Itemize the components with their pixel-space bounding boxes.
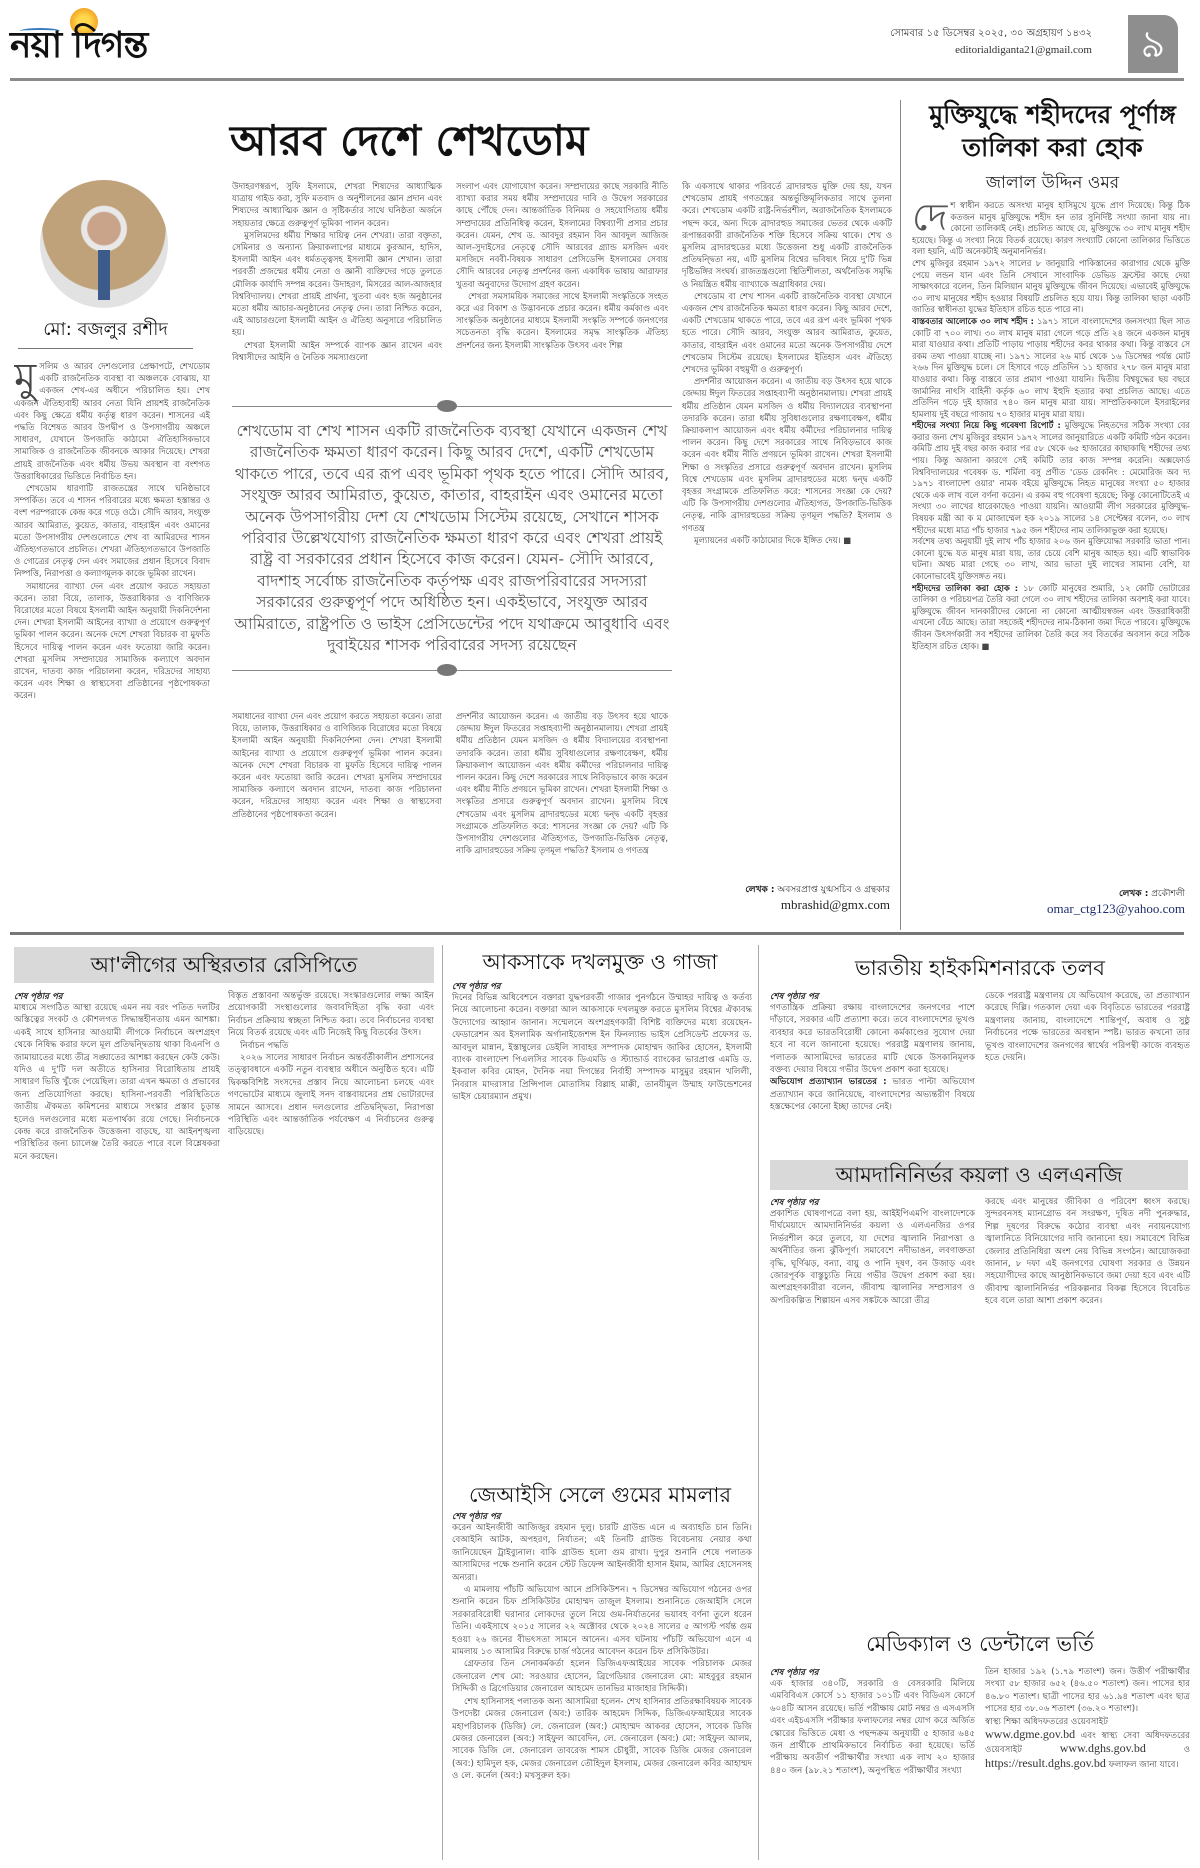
author-tie-icon <box>98 250 110 300</box>
column-separator <box>758 945 759 1860</box>
result-link[interactable]: https://result.dghs.gov.bd <box>985 1756 1106 1770</box>
lead-article-credit: লেখক : অবসরপ্রাপ্ত যুগ্মসচিব ও গ্রন্থকার… <box>560 882 890 913</box>
lead-column-4: কি একসাথে থাকার পরিবর্তে ব্রাদারহুড মুক্… <box>682 180 892 870</box>
end-mark-icon: ■ <box>982 641 990 651</box>
side-para-3: সর্বশেষ তথ্য অনুযায়ী দুই লাখ পাঁচ হাজার… <box>912 536 1190 582</box>
column-divider <box>900 100 901 930</box>
news-india-subhead: অভিযোগ প্রত্যাখ্যান ভারতের : <box>770 1077 887 1087</box>
news-headline-medical-admission[interactable]: মেডিক্যাল ও ডেন্টালে ভর্তি <box>770 1628 1190 1660</box>
lead-col4-top: কি একসাথে থাকার পরিবর্তে ব্রাদারহুড মুক্… <box>682 181 892 289</box>
lead-column-2: উদাহরণস্বরূপ, সুফি ইসলামে, শেখরা শিষ্যদে… <box>232 180 442 395</box>
pull-quote: শেখডোম বা শেখ শাসন একটি রাজনৈতিক ব্যবস্থ… <box>232 400 672 677</box>
pull-quote-bottom-rule <box>232 670 672 671</box>
lead-intro: সলিম ও আরব দেশগুলোর প্রেক্ষাপটে, শেখডোম … <box>14 361 210 481</box>
news-aqsa-body: দিনের বিভিন্ন অধিবেশনে বক্তারা যুদ্ধপরবর… <box>452 992 752 1470</box>
credit-label: লেখক : <box>1119 889 1148 899</box>
news-headline-coal-lng[interactable]: আমদানিনির্ভর কয়লা ও এলএনজি <box>770 1160 1188 1190</box>
dropcap: মু <box>14 360 36 396</box>
dgme-link[interactable]: www.dgme.gov.bd <box>985 1727 1075 1741</box>
news-awami-col2: বিস্তৃত প্রস্তাবনা অন্তর্ভুক্ত রয়েছে। স… <box>228 990 434 1862</box>
subhead-2: শহীদের সংখ্যা নিয়ে কিছু গবেষণা রিপোর্ট … <box>912 420 1061 430</box>
side-section-3: শহীদদের তালিকা করা হোক : ১৮ কোটি মানুষের… <box>912 583 1190 653</box>
news-awami-col1: মাধ্যমে সংগঠিত আস্থা রয়েছে এমন নয় বরং … <box>14 1002 220 1862</box>
news-coal-col1: প্রকাশিত ঘোষণাপত্রে বলা হয়, আইইপিএমপি ব… <box>770 1208 975 1613</box>
news-india-col2: ডেকে পররাষ্ট্র মন্ত্রণালয় যে অভিযোগ করে… <box>985 990 1190 1150</box>
lead-col4-para2: শেখডোম বা শেখ শাসন একটি রাজনৈতিক ব্যবস্থ… <box>682 290 892 375</box>
side-intro: শ স্বাধীন করতে অসংখ্য মানুষ হাসিমুখে যুদ… <box>912 200 1190 256</box>
pull-dot-icon <box>437 400 457 412</box>
newspaper-logo[interactable]: নয়া দিগন্ত <box>10 18 147 78</box>
news-headline-jic-cell[interactable]: জেআইসি সেলে গুমের মামলার <box>450 1480 750 1510</box>
lead-col2-para2: মুসলিমদের ধর্মীয় শিক্ষার দায়িত্ব নেন শ… <box>232 229 442 339</box>
dghs-link[interactable]: www.dghs.gov.bd <box>1060 1741 1146 1755</box>
section-divider <box>10 932 1184 935</box>
news-headline-aqsa-gaza[interactable]: আকসাকে দখলমুক্ত ও গাজা <box>450 947 750 977</box>
news-coal-col2: করছে এবং মানুষের জীবিকা ও পরিবেশ ধ্বংস ক… <box>985 1196 1190 1613</box>
news-medical-col2: তিন হাজার ১৯২ (১.৭৯ শতাংশ) জন। উত্তীর্ণ … <box>985 1666 1190 1861</box>
subhead-3: শহীদদের তালিকা করা হোক : <box>912 583 1018 593</box>
side-author-email[interactable]: omar_ctg123@yahoo.com <box>930 901 1185 917</box>
lead-column-1: মু সলিম ও আরব দেশগুলোর প্রেক্ষাপটে, শেখড… <box>14 360 210 925</box>
side-para-2: শেখ মুজিবুর রহমান ১৯৭২ সালের ৮ জানুয়ারি… <box>912 258 1190 316</box>
masthead-meta: সোমবার ১৫ ডিসেম্বর ২০২৫, ৩০ অগ্রহায়ণ ১৪… <box>890 26 1092 58</box>
end-mark-icon: ■ <box>843 535 851 545</box>
lead-col1-para: শেখডোম ধারণাটি রাজতন্ত্রের সাথে ঘনিষ্ঠভা… <box>14 482 210 580</box>
side-section-1: বাস্তবতার আলোকে ৩০ লাখ শহীদ : ১৯৭১ সালে … <box>912 316 1190 420</box>
credit-role: প্রকৌশলী <box>1151 889 1185 899</box>
editorial-email[interactable]: editorialdiganta21@gmail.com <box>890 42 1092 58</box>
lead-col2-top: উদাহরণস্বরূপ, সুফি ইসলামে, শেখরা শিষ্যদে… <box>232 181 442 228</box>
masthead: নয়া দিগন্ত সোমবার ১৫ ডিসেম্বর ২০২৫, ৩০ … <box>0 0 1200 80</box>
lead-col1-para-cont: সমাধানের ব্যাখ্যা দেন এবং প্রয়োগ করতে স… <box>14 580 210 702</box>
news-india-col1: গণতান্ত্রিক প্রক্রিয়া রক্ষায় বাংলাদেশে… <box>770 1002 975 1152</box>
lead-col3-lower-text: প্রদর্শনীর আয়োজন করেন। এ জাতীয় বড় উৎস… <box>456 711 668 855</box>
news-awami-subhead: নির্বাচন পদ্ধতি <box>228 1040 434 1052</box>
lead-col4-end: মূল্যায়নের একটি কাঠামোর দিকে ইঙ্গিত দেয… <box>682 534 892 546</box>
lead-col2-lower-text: সমাধানের ব্যাখ্যা দেন এবং প্রয়োগ করতে স… <box>232 711 442 819</box>
pull-quote-text: শেখডোম বা শেখ শাসন একটি রাজনৈতিক ব্যবস্থ… <box>232 413 672 664</box>
side-article-credit: লেখক : প্রকৌশলী omar_ctg123@yahoo.com <box>930 886 1185 917</box>
column-separator <box>442 945 443 1860</box>
lead-col4-para3: প্রদর্শনীর আয়োজন করেন। এ জাতীয় বড় উৎস… <box>682 375 892 534</box>
side-article-title: মুক্তিযুদ্ধে শহীদদের পূর্ণাঙ্গ তালিকা কর… <box>910 98 1195 164</box>
lead-author-email[interactable]: mbrashid@gmx.com <box>560 897 890 913</box>
news-medical-col1: এক হাজার ৩৪০টি, সরকারি ও বেসরকারি মিলিয়… <box>770 1678 975 1858</box>
page-number-badge: ৯ <box>1128 15 1178 73</box>
credit-label: লেখক : <box>745 885 774 895</box>
credit-role: অবসরপ্রাপ্ত যুগ্মসচিব ও গ্রন্থকার <box>777 885 890 895</box>
side-article-body: দে শ স্বাধীন করতে অসংখ্য মানুষ হাসিমুখে … <box>912 200 1190 882</box>
lead-article-title: আরব দেশে শেখডোম <box>230 108 588 179</box>
pull-quote-top-rule <box>232 406 672 407</box>
date-line: সোমবার ১৫ ডিসেম্বর ২০২৫, ৩০ অগ্রহায়ণ ১৪… <box>890 26 1092 42</box>
news-headline-indian-high-commissioner[interactable]: ভারতীয় হাইকমিশনারকে তলব <box>770 952 1190 984</box>
lead-column-3: সংলাপ এবং যোগাযোগ করেন। সম্প্রদায়ের কাছ… <box>456 180 668 395</box>
lead-col2-para3: শেখরা ইসলামী আইন সম্পর্কে ব্যাপক জ্ঞান র… <box>232 339 442 363</box>
side-author-name: জালাল উদ্দিন ওমর <box>910 170 1195 198</box>
lead-column-2-lower: সমাধানের ব্যাখ্যা দেন এবং প্রয়োগ করতে স… <box>232 710 442 925</box>
side-section-2: শহীদের সংখ্যা নিয়ে কিছু গবেষণা রিপোর্ট … <box>912 420 1190 536</box>
lead-col3-top: সংলাপ এবং যোগাযোগ করেন। সম্প্রদায়ের কাছ… <box>456 181 668 289</box>
news-jic-body: করেন আইনজীবী আজিজুর রহমান দুলু। চারটি গ্… <box>452 1522 752 1862</box>
dropcap: দে <box>912 200 947 234</box>
author-photo <box>40 180 168 308</box>
lead-col3-para2: শেখরা সমসাময়িক সমাজের সাথে ইসলামী সংস্ক… <box>456 290 668 351</box>
news-headline-awami-league[interactable]: আ'লীগের অস্থিরতার রেসিপিতে <box>14 947 434 983</box>
pull-dot-icon <box>437 664 457 676</box>
subhead-1: বাস্তবতার আলোকে ৩০ লাখ শহীদ : <box>912 316 1034 326</box>
author-divider <box>18 348 193 349</box>
lead-column-3-lower: প্রদর্শনীর আয়োজন করেন। এ জাতীয় বড় উৎস… <box>456 710 668 880</box>
masthead-rule <box>10 78 1184 81</box>
lead-author-name: মো: বজলুর রশীদ <box>18 315 193 346</box>
